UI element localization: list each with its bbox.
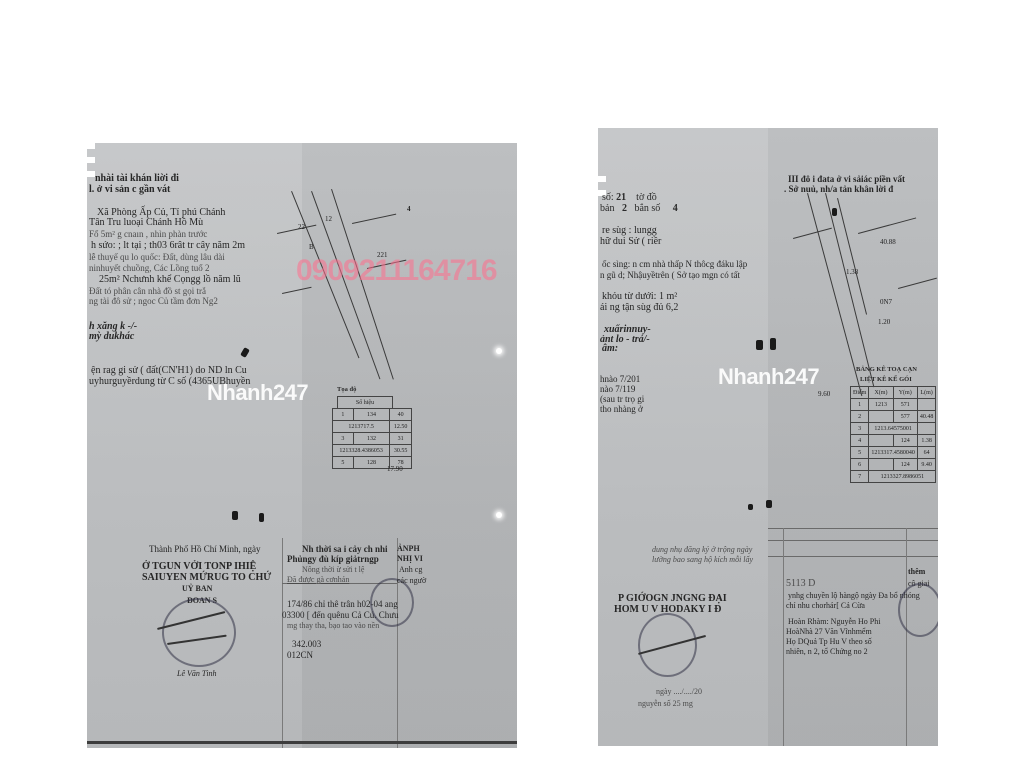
- certificate-page-right: III đô i đata ở vi sảiác piền vất . Sở n…: [598, 128, 938, 746]
- cell: 40.48: [917, 411, 936, 423]
- scan-artifact: [240, 347, 250, 358]
- cell: 134: [353, 409, 389, 421]
- scan-artifact: [766, 500, 772, 508]
- cell: 64: [917, 447, 936, 459]
- cell: [869, 459, 893, 471]
- parcel-boundary-line: [898, 278, 937, 289]
- parcel-boundary-line: [793, 228, 832, 239]
- plot-dimension-label: 4: [407, 205, 411, 213]
- cell: 31: [390, 433, 412, 445]
- header-line-2: . Sở nuủ, nh/a tản khân lời đ: [784, 183, 893, 195]
- cell: [917, 399, 936, 411]
- table-row: 1213717.512.50: [333, 421, 412, 433]
- cell: 30.55: [390, 445, 412, 457]
- coord-table-body: 113440 1213717.512.50 313231 1213328.438…: [332, 408, 412, 469]
- plot-dimension-label: 1.38: [846, 268, 858, 276]
- box-divider: [768, 528, 938, 529]
- page-edge-notch: [87, 171, 95, 177]
- cell: 5: [851, 447, 869, 459]
- scan-artifact: [748, 504, 753, 510]
- box-divider: [783, 528, 784, 746]
- name-watermark: Nhanh247: [718, 364, 819, 390]
- glare-spot: [496, 348, 502, 354]
- footer-line: nguyễn số 25 mg: [638, 698, 693, 710]
- box-divider: [397, 538, 398, 748]
- column-header: X(m): [869, 387, 893, 399]
- city-date-line: Thành Phố Hồ Chí Minh, ngày: [149, 543, 261, 555]
- plot-dimension-label: 1.20: [878, 318, 890, 326]
- table-row: 1213328.438605330.55: [333, 445, 412, 457]
- issuing-org-line: UỶ BAN: [182, 583, 212, 595]
- cell: 577: [893, 411, 917, 423]
- map-sheet-label: bắn số: [634, 203, 660, 214]
- date-line: ngày ..../..../20: [656, 686, 702, 698]
- small-note: lường bao sang hộ kích mỗi lấy: [652, 554, 753, 566]
- map-sheet-line: bản 2 bắn số 4: [600, 203, 678, 214]
- box-divider: [282, 538, 283, 748]
- column-header: Y(m): [893, 387, 917, 399]
- info-line: ái ng tận sùg đủ 6,2: [600, 302, 678, 314]
- plot-dimension-label: 12: [325, 215, 332, 223]
- info-line: n gũ d; Nhậuyềtrên ( Sở tạo mgn có tất: [600, 269, 740, 281]
- change-entry: 012CN: [287, 649, 313, 661]
- table-header-row: Điểm X(m) Y(m) L(m): [851, 387, 936, 399]
- coord-table-title: BẢNG KÊ TOẠ CẠN: [856, 366, 917, 373]
- cell: 1213317.4580040: [869, 447, 918, 459]
- box-divider: [768, 540, 938, 541]
- cell: 2: [851, 411, 869, 423]
- plot-dimension-label: B: [309, 243, 314, 251]
- info-line: ng tài đô sử ; ngoc Củ tầm đơn Ng2: [89, 295, 218, 307]
- sheet-value: 2: [622, 203, 627, 214]
- map-sheet-value: 4: [673, 203, 678, 214]
- cell: 1213717.5: [333, 421, 390, 433]
- cell: 4: [851, 435, 869, 447]
- north-marker: [832, 208, 837, 216]
- cell: [869, 411, 893, 423]
- cell: [917, 423, 936, 435]
- cell: 128: [353, 457, 389, 469]
- plot-dimension-label: 40.88: [880, 238, 896, 246]
- coord-table: Điểm X(m) Y(m) L(m) 11213571 257740.48 3…: [850, 386, 936, 483]
- table-row: 41241.38: [851, 435, 936, 447]
- cell: 571: [893, 399, 917, 411]
- cell: 1213328.4386053: [333, 445, 390, 457]
- cell: 6: [851, 459, 869, 471]
- edge-text: các ngườ: [397, 575, 426, 587]
- box-divider: [906, 528, 907, 746]
- coord-table-subheader: Số hiệu: [338, 397, 393, 409]
- cell: 12.50: [390, 421, 412, 433]
- parcel-boundary-line: [352, 214, 396, 224]
- scan-artifact: [259, 513, 264, 522]
- coord-table-footer: 17.90: [387, 465, 403, 473]
- column-header: Điểm: [851, 387, 869, 399]
- change-entry: chỉ nhu chorhár[ Cả Cừa: [786, 600, 865, 612]
- info-line: ninhuyết chuồng, Các Lồng tuổ 2: [89, 262, 209, 274]
- cell: 3: [851, 423, 869, 435]
- signer-name: Lê Văn Tình: [177, 668, 217, 680]
- cell: 1213.64575001: [869, 423, 918, 435]
- cell: 5: [333, 457, 354, 469]
- official-stamp: [162, 598, 236, 667]
- info-line: hữ dui Sử ( riềr: [600, 236, 661, 248]
- change-entry: nhiên, n 2, tổ Chứng no 2: [786, 646, 868, 658]
- cell: 1: [333, 409, 354, 421]
- cell: [869, 435, 893, 447]
- section-subheading: âm:: [602, 343, 618, 355]
- table-row: 11213571: [851, 399, 936, 411]
- cell: 1213327.8986051: [869, 471, 936, 483]
- note-line: tho nhàng ở: [600, 403, 643, 415]
- parcel-number-line: số: 21 tờ đồ: [602, 192, 657, 203]
- table-row: 71213327.8986051: [851, 471, 936, 483]
- change-entry: mg thay tha, bạo tao vào nền: [287, 620, 379, 632]
- parcel-label: số:: [602, 192, 614, 203]
- glare-spot: [496, 512, 502, 518]
- parcel-boundary-line: [858, 217, 916, 233]
- plot-dimension-label: 22: [298, 223, 305, 231]
- info-line: Fổ 5m² g cnaın , nhìn phàn trước: [89, 228, 207, 240]
- cell: 1.38: [917, 435, 936, 447]
- table-row: 113440: [333, 409, 412, 421]
- table-row: 51213317.458004064: [851, 447, 936, 459]
- cell: 9.40: [917, 459, 936, 471]
- scan-artifact: [756, 340, 763, 350]
- parcel-number: 21: [616, 192, 626, 203]
- cell: 132: [353, 433, 389, 445]
- cell: 40: [390, 409, 412, 421]
- cell: 124: [893, 435, 917, 447]
- page-bottom-edge: [87, 741, 517, 744]
- cell: 7: [851, 471, 869, 483]
- table-row: 257740.48: [851, 411, 936, 423]
- side-label: thêm: [908, 566, 925, 578]
- glare-spot: [538, 346, 544, 352]
- plot-dimension-label: 9.60: [818, 390, 830, 398]
- phone-watermark: 0909211164716: [296, 254, 497, 288]
- official-stamp: [898, 583, 938, 637]
- scan-artifact: [232, 511, 238, 520]
- table-row: 61249.40: [851, 459, 936, 471]
- coord-table-title: Tọa độ: [337, 386, 356, 393]
- map-label: tờ đồ: [636, 192, 657, 203]
- parcel-boundary-line: [277, 225, 316, 234]
- column-header: L(m): [917, 387, 936, 399]
- change-entry: 5113 D: [786, 578, 815, 590]
- sheet-label: bản: [600, 203, 614, 214]
- table-row: 313231: [333, 433, 412, 445]
- page-edge-notch: [87, 143, 95, 149]
- cell: 1: [851, 399, 869, 411]
- table-row: 31213.64575001: [851, 423, 936, 435]
- plot-dimension-label: 0N7: [880, 298, 892, 306]
- coord-table-subtitle: LIỆT KÊ KẾ GÓI: [860, 376, 912, 383]
- name-watermark: Nhanh247: [207, 380, 308, 406]
- cell: 1213: [869, 399, 893, 411]
- cell: 124: [893, 459, 917, 471]
- certificate-page-left: nhài tài khán liời đi l. ở vi sản c gần …: [87, 143, 517, 748]
- page-edge-notch: [87, 157, 95, 163]
- section-subheading: mỳ dukhác: [89, 331, 134, 343]
- box-divider: [768, 556, 938, 557]
- changes-row-label: Đã được gà cơnhản: [287, 574, 349, 586]
- scan-artifact: [770, 338, 776, 350]
- page-edge-notch: [598, 176, 606, 182]
- cell: 3: [333, 433, 354, 445]
- header-line-2: l. ở vi sản c gần vát: [89, 184, 170, 196]
